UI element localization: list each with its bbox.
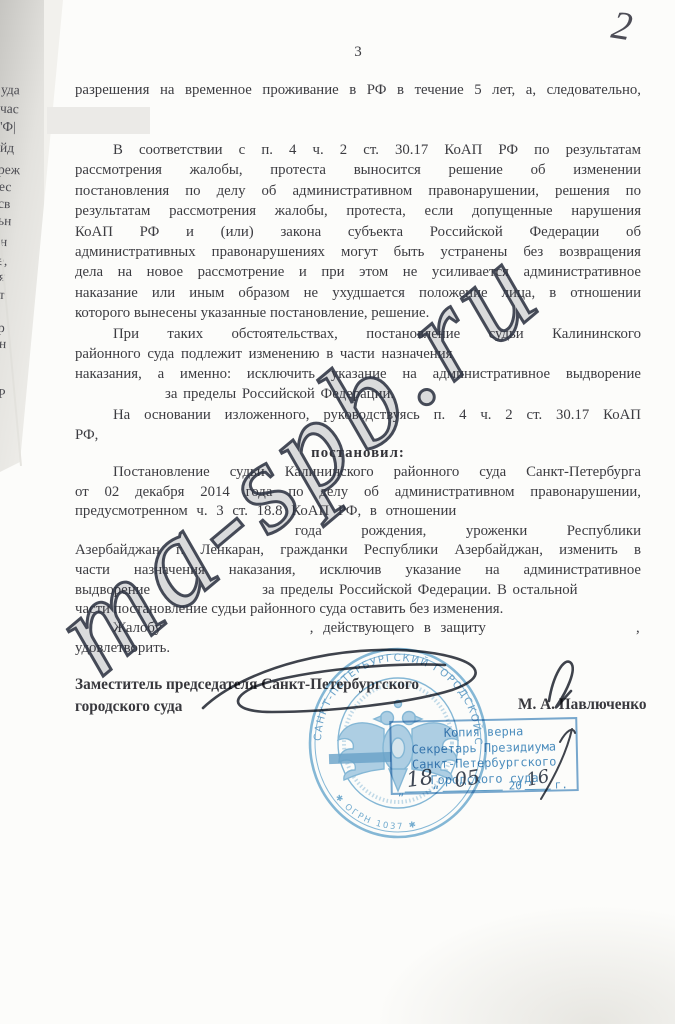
stamp-pen-stroke xyxy=(560,730,575,742)
signature-stroke xyxy=(203,650,476,712)
scanned-court-document: уда час 'Ф| йд реж ес св ьн н е, я т р н… xyxy=(0,0,675,1024)
stamp-pen-stroke xyxy=(541,729,572,799)
signature-initials-stroke xyxy=(549,662,573,708)
